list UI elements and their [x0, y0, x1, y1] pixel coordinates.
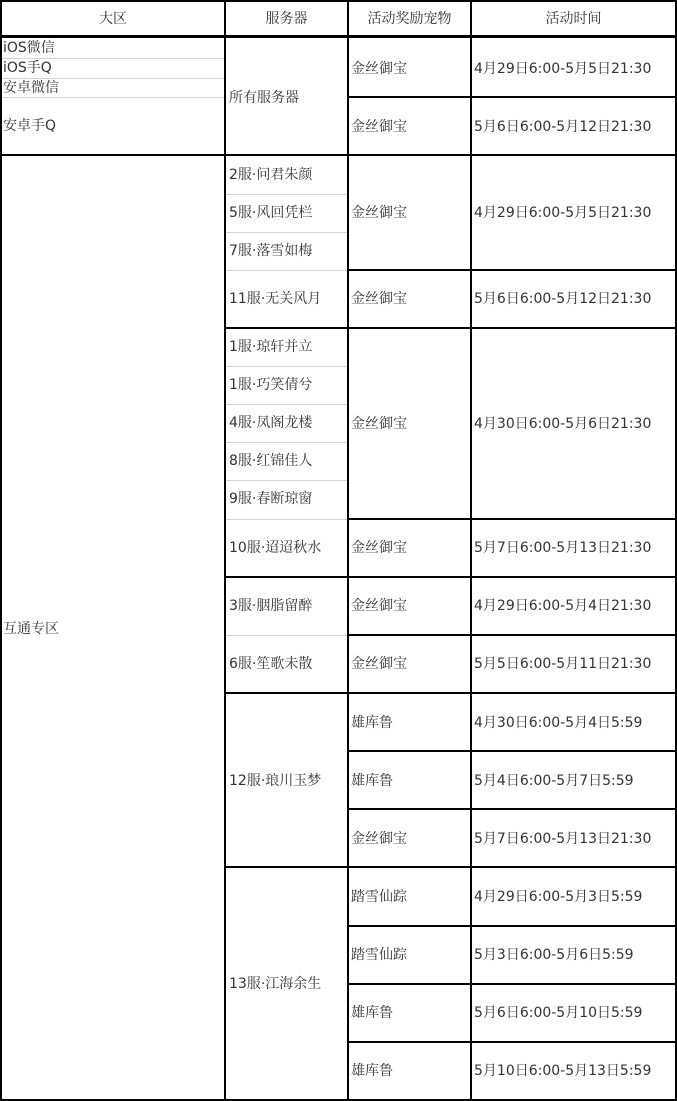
server-name: 5服·风回凭栏: [229, 205, 312, 221]
time-cell: 5月10日6:00-5月13日5:59: [474, 1063, 651, 1079]
time-cell: 4月30日6:00-5月6日21:30: [474, 416, 651, 432]
time-cell: 5月7日6:00-5月13日21:30: [474, 831, 651, 847]
server-name: 10服·迢迢秋水: [229, 540, 321, 556]
server-divider: [226, 366, 347, 367]
col-line-2: [347, 0, 349, 1101]
pet-cell: 金丝御宝: [351, 540, 407, 556]
time-cell: 5月6日6:00-5月12日21:30: [474, 291, 651, 307]
server-name: 6服·笙歌未散: [229, 656, 312, 672]
time-cell: 5月3日6:00-5月6日5:59: [474, 947, 634, 963]
row-line: [224, 866, 677, 868]
server-name: 1服·巧笑倩兮: [229, 377, 312, 393]
server-name: 13服·江海余生: [229, 976, 321, 992]
server-divider: [226, 270, 347, 271]
server-divider: [226, 519, 347, 520]
server-name: 1服·琼轩并立: [229, 339, 312, 355]
region-divider: [2, 97, 224, 98]
region-android-wechat: 安卓微信: [3, 80, 59, 96]
server-divider: [226, 635, 347, 636]
time-cell: 4月29日6:00-5月5日21:30: [474, 205, 651, 221]
server-name: 7服·落雪如梅: [229, 243, 312, 259]
border-top: [0, 0, 677, 2]
region-crossplay: 互通专区: [3, 621, 59, 637]
server-name: 8服·红锦佳人: [229, 453, 312, 469]
row-line: [224, 692, 677, 694]
pet-cell: 金丝御宝: [351, 416, 407, 432]
time-cell: 5月6日6:00-5月10日5:59: [474, 1005, 642, 1021]
server-name: 2服·问君朱颜: [229, 167, 312, 183]
region-ios-qq: iOS手Q: [3, 60, 52, 76]
server-name: 11服·无关风月: [229, 291, 321, 307]
region-divider: [2, 78, 224, 79]
pet-cell: 金丝御宝: [351, 831, 407, 847]
row-line: [347, 750, 677, 752]
row-line: [347, 983, 677, 985]
server-all: 所有服务器: [229, 90, 299, 106]
pet-cell: 雄库鲁: [351, 1005, 393, 1021]
border-left: [0, 0, 2, 1101]
time-cell: 4月29日6:00-5月5日21:30: [474, 61, 651, 77]
time-cell: 4月29日6:00-5月4日21:30: [474, 598, 651, 614]
pet-cell: 雄库鲁: [351, 1063, 393, 1079]
time-cell: 5月5日6:00-5月11日21:30: [474, 656, 651, 672]
header-region: 大区: [2, 11, 224, 27]
header-server: 服务器: [226, 11, 347, 27]
region-android-qq: 安卓手Q: [3, 118, 56, 134]
pet-cell: 金丝御宝: [351, 656, 407, 672]
time-cell: 5月7日6:00-5月13日21:30: [474, 540, 651, 556]
server-name: 3服·胭脂留醉: [229, 598, 312, 614]
pet-cell: 金丝御宝: [351, 119, 407, 135]
row-line: [347, 96, 677, 98]
server-divider: [226, 480, 347, 481]
server-divider: [226, 194, 347, 195]
region-divider: [2, 58, 224, 59]
pet-cell: 金丝御宝: [351, 291, 407, 307]
server-name: 4服·凤阁龙楼: [229, 415, 312, 431]
col-line-3: [470, 0, 472, 1101]
header-time: 活动时间: [472, 11, 675, 27]
time-cell: 4月30日6:00-5月4日5:59: [474, 715, 642, 731]
row-line: [347, 1041, 677, 1043]
pet-cell: 踏雪仙踪: [351, 889, 407, 905]
time-cell: 4月29日6:00-5月3日5:59: [474, 889, 642, 905]
col-line-1: [224, 0, 226, 1101]
row-line: [347, 808, 677, 810]
section-line: [0, 154, 677, 156]
row-line: [347, 634, 677, 636]
pet-cell: 踏雪仙踪: [351, 947, 407, 963]
server-divider: [226, 232, 347, 233]
pet-cell: 金丝御宝: [351, 205, 407, 221]
server-divider: [226, 404, 347, 405]
pet-cell: 金丝御宝: [351, 61, 407, 77]
time-cell: 5月6日6:00-5月12日21:30: [474, 119, 651, 135]
row-line: [224, 576, 677, 578]
row-line: [347, 925, 677, 927]
server-divider: [226, 442, 347, 443]
time-cell: 5月4日6:00-5月7日5:59: [474, 773, 634, 789]
pet-cell: 雄库鲁: [351, 715, 393, 731]
row-line: [347, 518, 677, 520]
header-bottom-line: [0, 35, 677, 38]
pet-cell: 金丝御宝: [351, 598, 407, 614]
server-name: 12服·琅川玉梦: [229, 773, 321, 789]
header-pet: 活动奖励宠物: [349, 11, 470, 27]
row-line: [224, 327, 677, 329]
row-line: [347, 269, 677, 271]
region-ios-wechat: iOS微信: [3, 40, 55, 56]
server-name: 9服·春断琼窗: [229, 491, 312, 507]
pet-cell: 雄库鲁: [351, 773, 393, 789]
